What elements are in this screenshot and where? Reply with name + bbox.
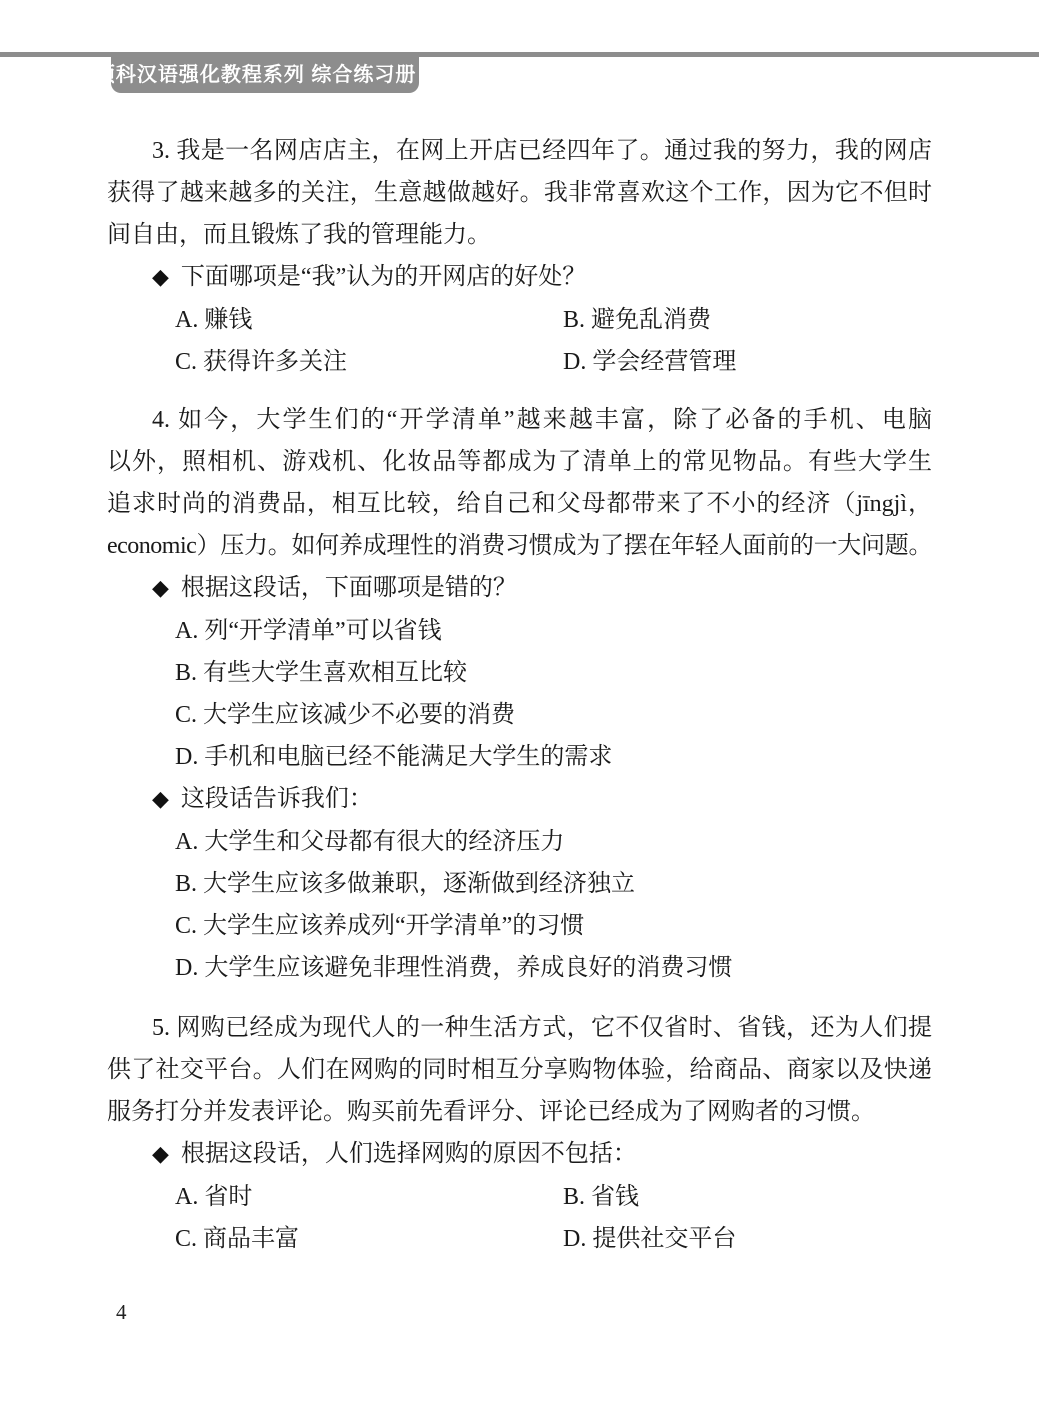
option-d: D. 学会经营管理	[563, 341, 932, 383]
passage-line: 服务打分并发表评论。购买前先看评分、评论已经成为了网购者的习惯。	[107, 1091, 932, 1133]
option-a: A. 大学生和父母都有很大的经济压力	[175, 821, 932, 863]
question-4-options-2: A. 大学生和父母都有很大的经济压力 B. 大学生应该多做兼职，逐渐做到经济独立…	[107, 821, 932, 989]
option-b: B. 省钱	[563, 1176, 932, 1218]
passage-line: 4. 如今，大学生们的“开学清单”越来越丰富，除了必备的手机、电脑	[107, 399, 932, 441]
page-number: 4	[116, 1300, 127, 1325]
prompt-text: 根据这段话，下面哪项是错的？	[181, 575, 517, 601]
option-a: A. 列“开学清单”可以省钱	[175, 610, 932, 652]
question-4-options-1: A. 列“开学清单”可以省钱 B. 有些大学生喜欢相互比较 C. 大学生应该减少…	[107, 610, 932, 778]
diamond-bullet-icon: ◆	[152, 1142, 169, 1167]
question-4: 4. 如今，大学生们的“开学清单”越来越丰富，除了必备的手机、电脑 以外，照相机…	[107, 399, 932, 989]
question-5: 5. 网购已经成为现代人的一种生活方式，它不仅省时、省钱，还为人们提 供了社交平…	[107, 1007, 932, 1260]
content: 3. 我是一名网店店主，在网上开店已经四年了。通过我的努力，我的网店 获得了越来…	[107, 130, 932, 1260]
option-c: C. 大学生应该养成列“开学清单”的习惯	[175, 905, 932, 947]
question-5-prompt: ◆根据这段话，人们选择网购的原因不包括：	[107, 1133, 932, 1176]
prompt-text: 下面哪项是“我”认为的开网店的好处？	[181, 264, 586, 290]
option-b: B. 大学生应该多做兼职，逐渐做到经济独立	[175, 863, 932, 905]
prompt-text: 这段话告诉我们：	[181, 786, 373, 812]
option-b: B. 避免乱消费	[563, 299, 932, 341]
option-c: C. 商品丰富	[175, 1218, 563, 1260]
question-3-prompt: ◆下面哪项是“我”认为的开网店的好处？	[107, 256, 932, 299]
passage-line: 5. 网购已经成为现代人的一种生活方式，它不仅省时、省钱，还为人们提	[107, 1007, 932, 1049]
diamond-bullet-icon: ◆	[152, 265, 169, 290]
option-b: B. 有些大学生喜欢相互比较	[175, 652, 932, 694]
diamond-bullet-icon: ◆	[152, 576, 169, 601]
option-d: D. 大学生应该避免非理性消费，养成良好的消费习惯	[175, 947, 932, 989]
question-5-options: A. 省时 B. 省钱 C. 商品丰富 D. 提供社交平台	[107, 1176, 932, 1260]
header-badge-text: 预科汉语强化教程系列 综合练习册 4	[95, 58, 435, 87]
passage-line: 以外，照相机、游戏机、化妆品等都成为了清单上的常见物品。有些大学生	[107, 441, 932, 483]
option-a: A. 赚钱	[175, 299, 563, 341]
passage-line: 获得了越来越多的关注，生意越做越好。我非常喜欢这个工作，因为它不但时	[107, 172, 932, 214]
option-c: C. 获得许多关注	[175, 341, 563, 383]
question-4-prompt-2: ◆这段话告诉我们：	[107, 778, 932, 821]
header-badge: 预科汉语强化教程系列 综合练习册 4	[111, 52, 419, 93]
option-a: A. 省时	[175, 1176, 563, 1218]
option-d: D. 手机和电脑已经不能满足大学生的需求	[175, 736, 932, 778]
passage-line: 追求时尚的消费品，相互比较，给自己和父母都带来了不小的经济（jīngjì，	[107, 483, 932, 525]
question-3: 3. 我是一名网店店主，在网上开店已经四年了。通过我的努力，我的网店 获得了越来…	[107, 130, 932, 383]
passage-line: 3. 我是一名网店店主，在网上开店已经四年了。通过我的努力，我的网店	[107, 130, 932, 172]
option-d: D. 提供社交平台	[563, 1218, 932, 1260]
diamond-bullet-icon: ◆	[152, 787, 169, 812]
prompt-text: 根据这段话，人们选择网购的原因不包括：	[181, 1141, 637, 1167]
option-c: C. 大学生应该减少不必要的消费	[175, 694, 932, 736]
passage-line: 供了社交平台。人们在网购的同时相互分享购物体验，给商品、商家以及快递	[107, 1049, 932, 1091]
question-3-options: A. 赚钱 B. 避免乱消费 C. 获得许多关注 D. 学会经营管理	[107, 299, 932, 383]
question-4-prompt-1: ◆根据这段话，下面哪项是错的？	[107, 567, 932, 610]
passage-line: 间自由，而且锻炼了我的管理能力。	[107, 214, 932, 256]
passage-line: economic）压力。如何养成理性的消费习惯成为了摆在年轻人面前的一大问题。	[107, 525, 932, 567]
